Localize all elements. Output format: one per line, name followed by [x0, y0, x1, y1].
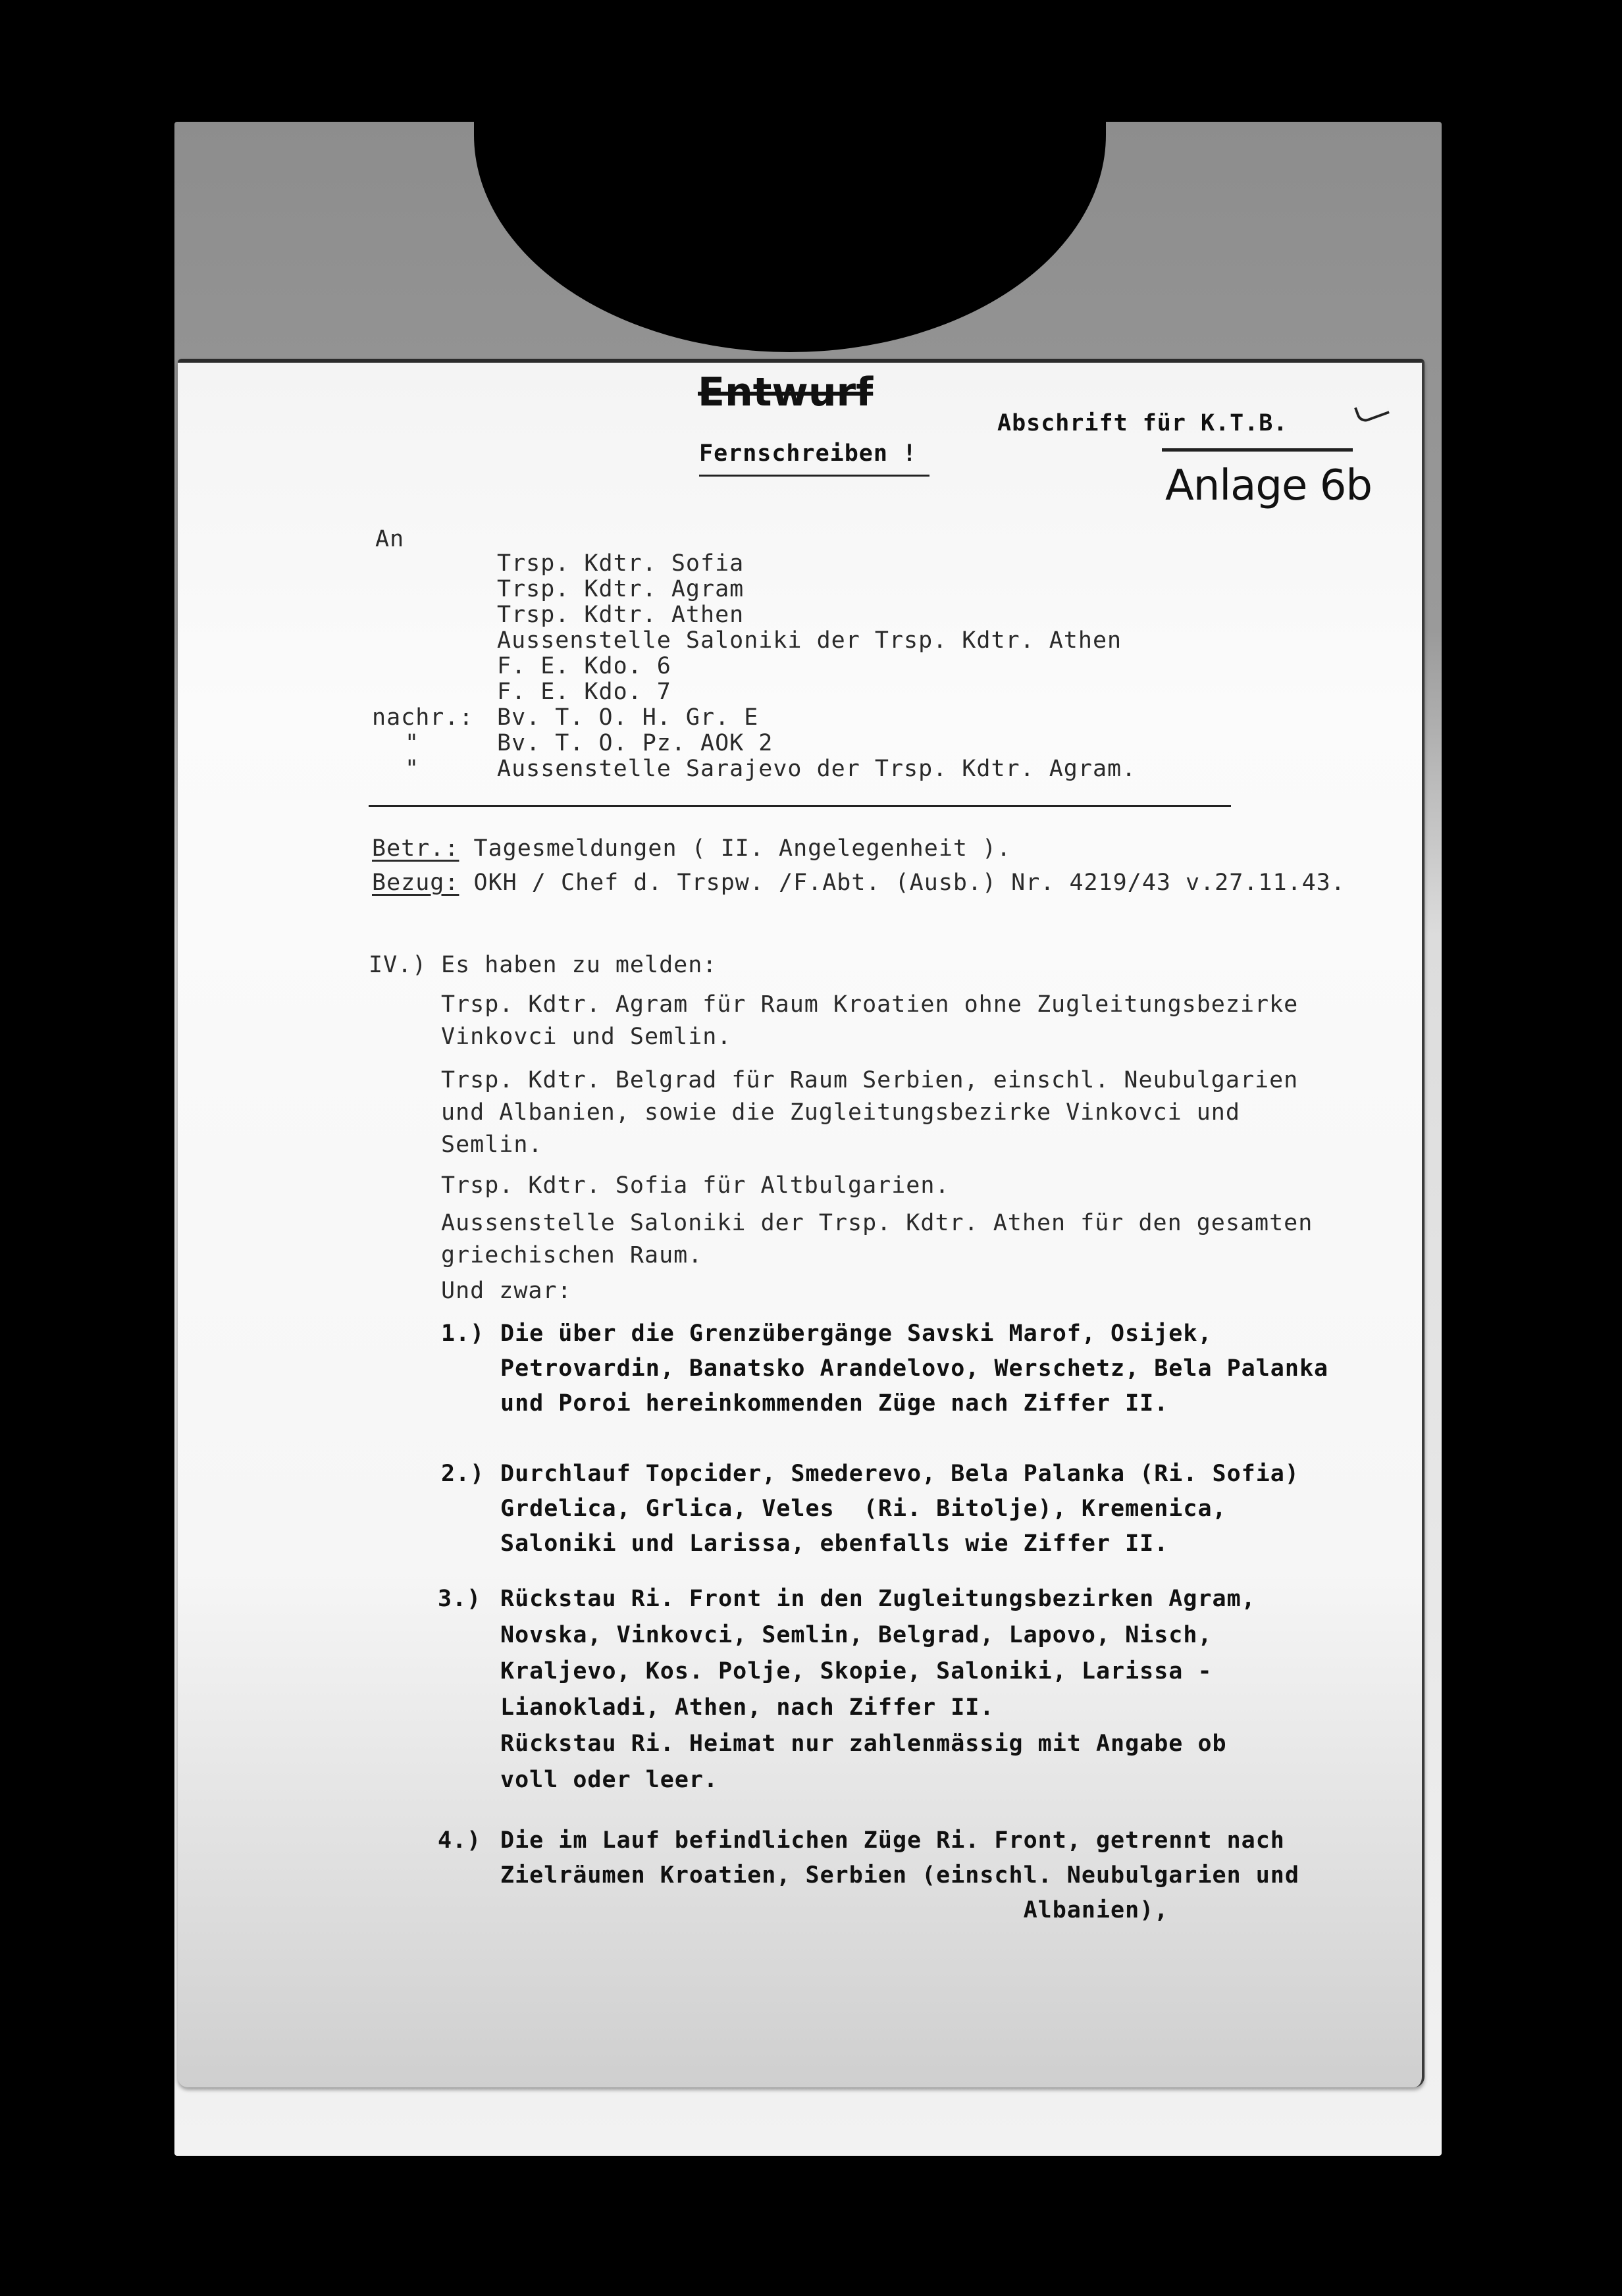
- section-number: IV.): [369, 952, 427, 978]
- copy-note-underline: [1162, 448, 1353, 452]
- item-line: Die über die Grenzübergänge Savski Marof…: [500, 1320, 1213, 1347]
- item-line: Lianokladi, Athen, nach Ziffer II.: [500, 1694, 994, 1721]
- struck-title: Entwurf: [698, 369, 873, 415]
- addressee: F. E. Kdo. 6: [497, 653, 671, 679]
- item-line: Die im Lauf befindlichen Züge Ri. Front,…: [500, 1827, 1285, 1854]
- reference-text: OKH / Chef d. Trspw. /F.Abt. (Ausb.) Nr.…: [474, 870, 1346, 896]
- reporter-line: Trsp. Kdtr. Belgrad für Raum Serbien, ei…: [441, 1067, 1298, 1093]
- item-line: Albanien),: [500, 1897, 1168, 1923]
- reporter-line: Trsp. Kdtr. Sofia für Altbulgarien.: [441, 1172, 950, 1199]
- reporter-line: Semlin.: [441, 1132, 543, 1158]
- addressee: F. E. Kdo. 7: [497, 679, 671, 705]
- subtitle-underline: [699, 475, 929, 477]
- document-subtitle: Fernschreiben !: [699, 440, 917, 467]
- check-mark-icon: [1354, 398, 1390, 425]
- item-line: Saloniki und Larissa, ebenfalls wie Ziff…: [500, 1530, 1168, 1557]
- item-line: voll oder leer.: [500, 1767, 718, 1793]
- reporter-line: Vinkovci und Semlin.: [441, 1024, 731, 1050]
- reference-line: Bezug: OKH / Chef d. Trspw. /F.Abt. (Aus…: [372, 870, 1346, 896]
- item-line: Zielräumen Kroatien, Serbien (einschl. N…: [500, 1862, 1299, 1889]
- reporter-line: Aussenstelle Saloniki der Trsp. Kdtr. At…: [441, 1210, 1313, 1236]
- cc-label: nachr.:: [372, 704, 474, 731]
- section-divider: [369, 805, 1231, 807]
- item-line: Rückstau Ri. Front in den Zugleitungsbez…: [500, 1586, 1256, 1612]
- ditto-mark: ": [405, 730, 419, 756]
- item-line: Rückstau Ri. Heimat nur zahlenmässig mit…: [500, 1731, 1227, 1757]
- cc-recipient: Aussenstelle Sarajevo der Trsp. Kdtr. Ag…: [497, 756, 1136, 782]
- item-line: Kraljevo, Kos. Polje, Skopie, Saloniki, …: [500, 1658, 1213, 1684]
- item-line: Grdelica, Grlica, Veles (Ri. Bitolje), K…: [500, 1496, 1227, 1522]
- addressee: Trsp. Kdtr. Sofia: [497, 550, 744, 577]
- handwritten-annex-label: Anlage 6b: [1165, 461, 1372, 510]
- document-sheet: Entwurf Fernschreiben ! Abschrift für K.…: [178, 359, 1425, 2087]
- und-zwar: Und zwar:: [441, 1278, 572, 1304]
- item-line: und Poroi hereinkommenden Züge nach Ziff…: [500, 1390, 1168, 1417]
- item-line: Durchlauf Topcider, Smederevo, Bela Pala…: [500, 1461, 1299, 1487]
- section-intro: Es haben zu melden:: [441, 952, 717, 978]
- addressee-label: An: [375, 526, 404, 552]
- reporter-line: griechischen Raum.: [441, 1242, 702, 1268]
- ditto-mark: ": [405, 756, 419, 782]
- addressee: Trsp. Kdtr. Athen: [497, 602, 744, 628]
- subject-line: Betr.: Tagesmeldungen ( II. Angelegenhei…: [372, 835, 1011, 862]
- subject-label: Betr.:: [372, 835, 459, 862]
- addressee: Trsp. Kdtr. Agram: [497, 576, 744, 602]
- copy-note: Abschrift für K.T.B.: [997, 410, 1288, 436]
- item-line: Novska, Vinkovci, Semlin, Belgrad, Lapov…: [500, 1622, 1213, 1648]
- addressee: Aussenstelle Saloniki der Trsp. Kdtr. At…: [497, 627, 1122, 654]
- reporter-line: Trsp. Kdtr. Agram für Raum Kroatien ohne…: [441, 991, 1298, 1018]
- item-number: 1.): [441, 1320, 484, 1347]
- subject-text: Tagesmeldungen ( II. Angelegenheit ).: [474, 835, 1012, 862]
- item-number: 3.): [438, 1586, 481, 1612]
- cc-recipient: Bv. T. O. Pz. AOK 2: [497, 730, 773, 756]
- item-line: Petrovardin, Banatsko Arandelovo, Wersch…: [500, 1355, 1328, 1382]
- cc-recipient: Bv. T. O. H. Gr. E: [497, 704, 758, 731]
- reference-label: Bezug:: [372, 870, 459, 896]
- item-number: 4.): [438, 1827, 481, 1854]
- reporter-line: und Albanien, sowie die Zugleitungsbezir…: [441, 1099, 1240, 1126]
- item-number: 2.): [441, 1461, 484, 1487]
